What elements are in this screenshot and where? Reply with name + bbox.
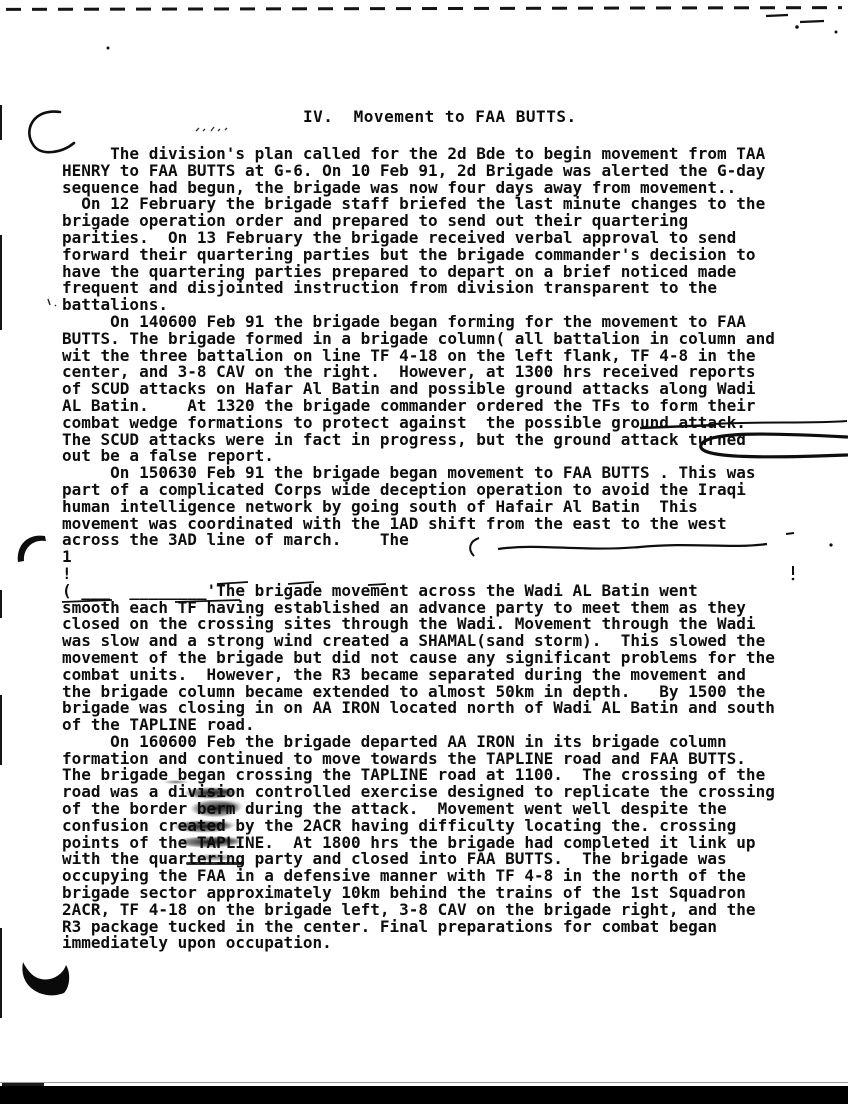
left-edge-mark [0, 590, 2, 618]
left-edge-mark [0, 235, 2, 330]
bottom-gray-line [0, 1082, 848, 1083]
scanned-page: IV. Movement to FAA BUTTS. The division'… [0, 0, 848, 1104]
dot-artifact [829, 543, 832, 546]
left-edge-mark [0, 928, 2, 1018]
dot-artifact [835, 31, 838, 34]
dash-mark-icon [786, 533, 794, 534]
top-dashed-edge [6, 6, 842, 11]
margin-pen-arc-icon [18, 536, 46, 562]
section-heading: IV. Movement to FAA BUTTS. [303, 108, 577, 126]
pencil-smudge-icon [196, 127, 227, 131]
dot-artifact [792, 578, 795, 581]
bottom-scan-bar [0, 1086, 848, 1104]
stray-mark-icon [48, 299, 56, 306]
dot-artifact [107, 47, 110, 50]
dot-artifact [795, 25, 799, 29]
top-right-dashes [766, 15, 824, 22]
left-edge-mark [0, 695, 2, 765]
left-edge-mark [0, 105, 2, 140]
crescent-ink-blot-icon [22, 962, 69, 995]
document-body-text: The division's plan called for the 2d Bd… [62, 146, 775, 952]
